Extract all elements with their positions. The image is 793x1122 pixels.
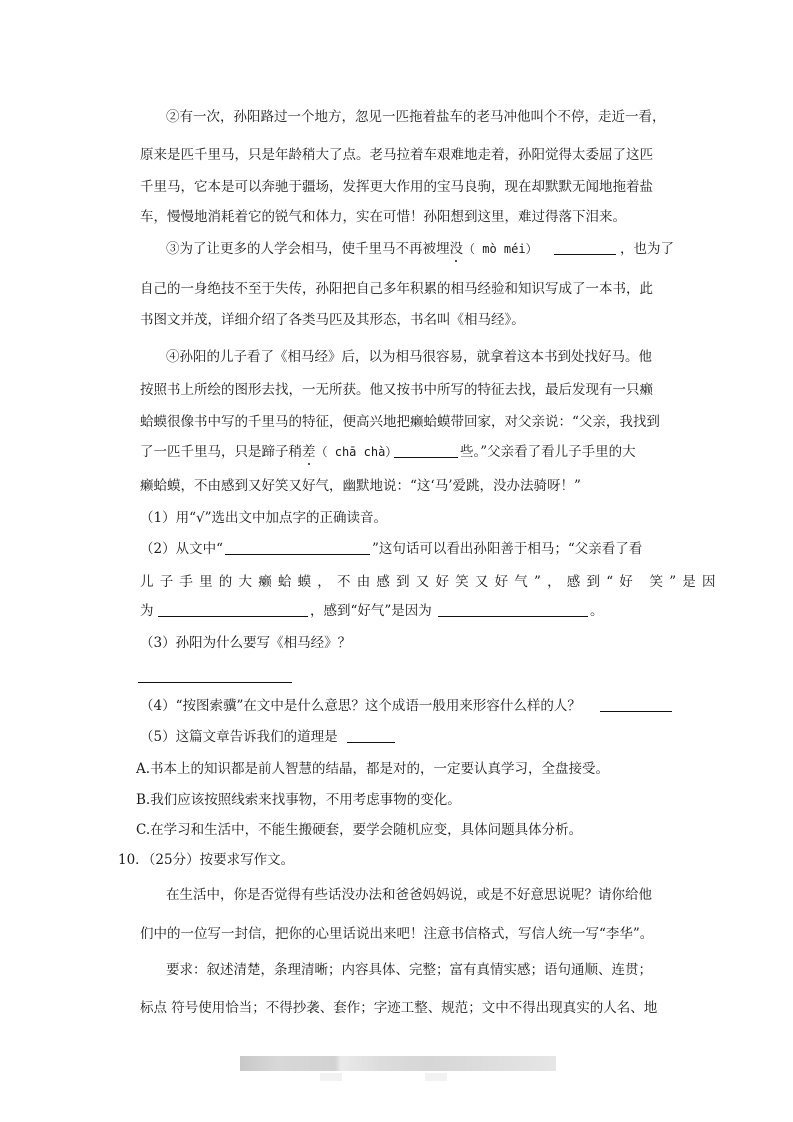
essay-requirements-line-1: 要求：叙述清楚，条理清晰；内容具体、完整；富有真情实感；语句通顺、连贯； [166, 961, 652, 979]
essay-prompt-line-1: 在生活中，你是否觉得有些话没办法和爸爸妈妈说，或是不好意思说呢？请你给他 [166, 886, 652, 904]
paragraph-3-line-1: ③为了让更多的人学会相马，使千里马不再被埋没（ mò méi） [166, 240, 538, 258]
blurred-footer-mark [320, 1073, 342, 1081]
dotted-char: 差 [302, 444, 316, 460]
paragraph-4-line-4: 了一匹千里马，只是蹄子稍差（ chā chà） [140, 443, 397, 461]
question-3: （3）孙阳为什么要写《相马经》？ [140, 634, 351, 652]
answer-blank-q2-sentence[interactable] [225, 540, 370, 555]
paragraph-2-line-2: 原来是匹千里马，只是年龄稍大了点。老马拉着车艰难地走着，孙阳觉得太委屈了这匹 [140, 146, 653, 164]
paragraph-3-line-2: 自己的一身绝技不至于失传，孙阳把自己多年积累的相马经验和知识写成了一本书，此 [140, 280, 653, 298]
paragraph-4-line-1: ④孙阳的儿子看了《相马经》后，以为相马很容易，就拿着这本书到处找好马。他 [166, 348, 652, 366]
option-a: A.书本上的知识都是前人智慧的结晶，都是对的，一定要认真学习，全盘接受。 [136, 760, 609, 778]
answer-blank-q5[interactable] [347, 728, 395, 743]
paragraph-2-line-1: ②有一次，孙阳路过一个地方，忽见一匹拖着盐车的老马冲他叫个不停，走近一看， [166, 108, 666, 126]
answer-blank-q4[interactable] [600, 697, 672, 712]
blurred-footer-bar [240, 1056, 556, 1071]
answer-blank-pinyin-1[interactable] [554, 240, 616, 255]
option-b: B.我们应该按照线索来找事物，不用考虑事物的变化。 [136, 791, 461, 809]
pinyin-options: （ mò méi） [463, 242, 538, 256]
text: 了一匹千里马，只是蹄子稍 [140, 444, 302, 460]
blurred-footer-mark [425, 1073, 447, 1081]
essay-requirements-line-2: 标点 符号使用恰当；不得抄袭、套作；字迹工整、规范；文中不得出现真实的人名、地 [140, 999, 657, 1017]
question-2-line-3-mid: ，感到“好气”是因为 [310, 602, 432, 620]
question-2-line-3-end: 。 [590, 602, 604, 620]
pinyin-options: （ chā chà） [316, 445, 398, 459]
question-1: （1）用“√”选出文中加点字的正确读音。 [140, 509, 387, 527]
question-2-line-3-start: 为 [140, 602, 154, 620]
question-2-line-1-end: ”这句话可以看出孙阳善于相马；“父亲看了看 [372, 540, 642, 558]
answer-blank-pinyin-2[interactable] [394, 443, 458, 458]
option-c: C.在学习和生活中，不能生搬硬套，要学会随机应变，具体问题具体分析。 [136, 821, 582, 839]
paragraph-4-line-3: 蛤蟆很像书中写的千里马的特征，便高兴地把癞蛤蟆带回家，对父亲说：“父亲，我找到 [140, 413, 660, 431]
paragraph-3-line-3: 书图文并茂，详细介绍了各类马匹及其形态，书名叫《相马经》。 [140, 311, 525, 329]
question-2-line-1-start: （2）从文中“ [140, 540, 223, 558]
paragraph-2-line-4: 车，慢慢地消耗着它的锐气和体力，实在可惜！孙阳想到这里，难过得落下泪来。 [140, 208, 626, 226]
paragraph-4-line-5: 癞蛤蟆，不由感到又好笑又好气，幽默地说：“这‘马’爱跳，没办法骑呀！” [140, 477, 581, 495]
paragraph-2-line-3: 千里马，它本是可以奔驰于疆场，发挥更大作用的宝马良驹，现在却默默无闻地拖着盐 [140, 178, 653, 196]
dotted-char: 没 [450, 241, 464, 257]
answer-blank-q2-angry[interactable] [438, 602, 588, 617]
paragraph-4-line-2: 按照书上所绘的图形去找，一无所获。他又按书中所写的特征去找，最后发现有一只癞 [140, 381, 653, 399]
text: ③为了让更多的人学会相马，使千里马不再被埋 [166, 241, 450, 257]
answer-blank-q3[interactable] [138, 668, 292, 683]
question-5: （5）这篇文章告诉我们的道理是 [140, 728, 338, 746]
essay-prompt-line-2: 们中的一位写一封信，把你的心里话说出来吧！注意书信格式，写信人统一写“李华”。 [140, 925, 653, 943]
answer-blank-q2-funny[interactable] [158, 602, 308, 617]
question-4: （4）“按图索骥”在文中是什么意思？这个成语一般用来形容什么样的人？ [140, 697, 581, 715]
paragraph-4-line-4-end: 些。”父亲看了看儿子手里的大 [460, 443, 636, 461]
question-2-line-2: 儿子手里的大癞蛤蟆，不由感到又好笑又好气”，感到“好 笑”是因 [140, 573, 722, 591]
paragraph-3-line-1-end: ，也为了 [620, 240, 674, 258]
essay-header: 10．（25分）按要求写作文。 [118, 851, 294, 869]
